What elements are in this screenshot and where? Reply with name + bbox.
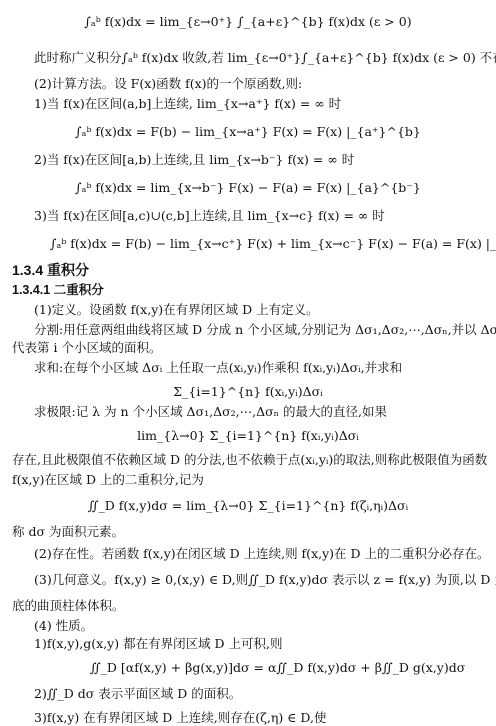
formula: ∫ₐᵇ f(x)dx = lim_{x→b⁻} F(x) − F(a) = F(… xyxy=(0,180,496,196)
formula: Σ_{i=1}^{n} f(xᵢ,yᵢ)Δσᵢ xyxy=(0,384,496,400)
paragraph-line: 2)∬_D dσ 表示平面区域 D 的面积。 xyxy=(34,686,241,702)
paragraph-line: 1)当 f(x)在区间(a,b]上连续, lim_{x→a⁺} f(x) = ∞… xyxy=(34,96,341,112)
paragraph-line: 称 dσ 为面积元素。 xyxy=(12,524,124,540)
formula: ∫ₐᵇ f(x)dx = F(b) − lim_{x→a⁺} F(x) = F(… xyxy=(0,124,496,140)
paragraph-line: (1)定义。设函数 f(x,y)在有界闭区域 D 上有定义。 xyxy=(34,302,319,318)
paragraph-line: 此时称广义积分∫ₐᵇ f(x)dx 收敛,若 lim_{ε→0⁺}∫_{a+ε}… xyxy=(34,50,496,66)
paragraph-line: 3)当 f(x)在区间[a,c)∪(c,b]上连续,且 lim_{x→c} f(… xyxy=(34,208,385,224)
formula: ∫ₐᵇ f(x)dx = F(b) − lim_{x→c⁺} F(x) + li… xyxy=(50,236,496,252)
paragraph-line: 1)f(x,y),g(x,y) 都在有界闭区域 D 上可积,则 xyxy=(34,636,283,652)
paragraph-line: (2)存在性。若函数 f(x,y)在闭区域 D 上连续,则 f(x,y)在 D … xyxy=(34,546,490,562)
formula: ∬_D f(x,y)dσ = lim_{λ→0} Σ_{i=1}^{n} f(ζ… xyxy=(0,498,496,514)
section-heading: 1.3.4.1 二重积分 xyxy=(12,282,104,298)
paragraph-line: f(x,y)在区域 D 上的二重积分,记为 xyxy=(12,472,204,488)
paragraph-line: 分割:用任意两组曲线将区域 D 分成 n 个小区域,分别记为 Δσ₁,Δσ₂,⋯… xyxy=(34,322,496,338)
paragraph-line: 代表第 i 个小区域的面积。 xyxy=(12,340,161,356)
paragraph-line: (2)计算方法。设 F(x)函数 f(x)的一个原函数,则: xyxy=(34,76,302,92)
paragraph-line: 求极限:记 λ 为 n 个小区域 Δσ₁,Δσ₂,⋯,Δσₙ 的最大的直径,如果 xyxy=(34,404,387,420)
paragraph-line: 3)f(x,y) 在有界闭区域 D 上连续,则存在(ζ,η) ∈ D,使 xyxy=(34,710,326,726)
formula: ∫ₐᵇ f(x)dx = lim_{ε→0⁺} ∫_{a+ε}^{b} f(x)… xyxy=(0,14,496,30)
paragraph-line: 底的曲顶柱体体积。 xyxy=(12,598,125,614)
section-heading: 1.3.4 重积分 xyxy=(12,262,89,278)
paragraph-line: (3)几何意义。f(x,y) ≥ 0,(x,y) ∈ D,则∬_D f(x,y)… xyxy=(34,572,496,588)
paragraph-line: 求和:在每个小区域 Δσᵢ 上任取一点(xᵢ,yᵢ)作乘积 f(xᵢ,yᵢ)Δσ… xyxy=(34,360,402,376)
formula: lim_{λ→0} Σ_{i=1}^{n} f(xᵢ,yᵢ)Δσᵢ xyxy=(0,428,496,444)
paragraph-line: 2)当 f(x)在区间[a,b)上连续,且 lim_{x→b⁻} f(x) = … xyxy=(34,152,354,168)
paragraph-line: 存在,且此极限值不依赖区域 D 的分法,也不依赖于点(xᵢ,yᵢ)的取法,则称此… xyxy=(12,452,487,468)
formula: ∬_D [αf(x,y) + βg(x,y)]dσ = α∬_D f(x,y)d… xyxy=(90,660,465,676)
paragraph-line: (4) 性质。 xyxy=(34,618,93,634)
